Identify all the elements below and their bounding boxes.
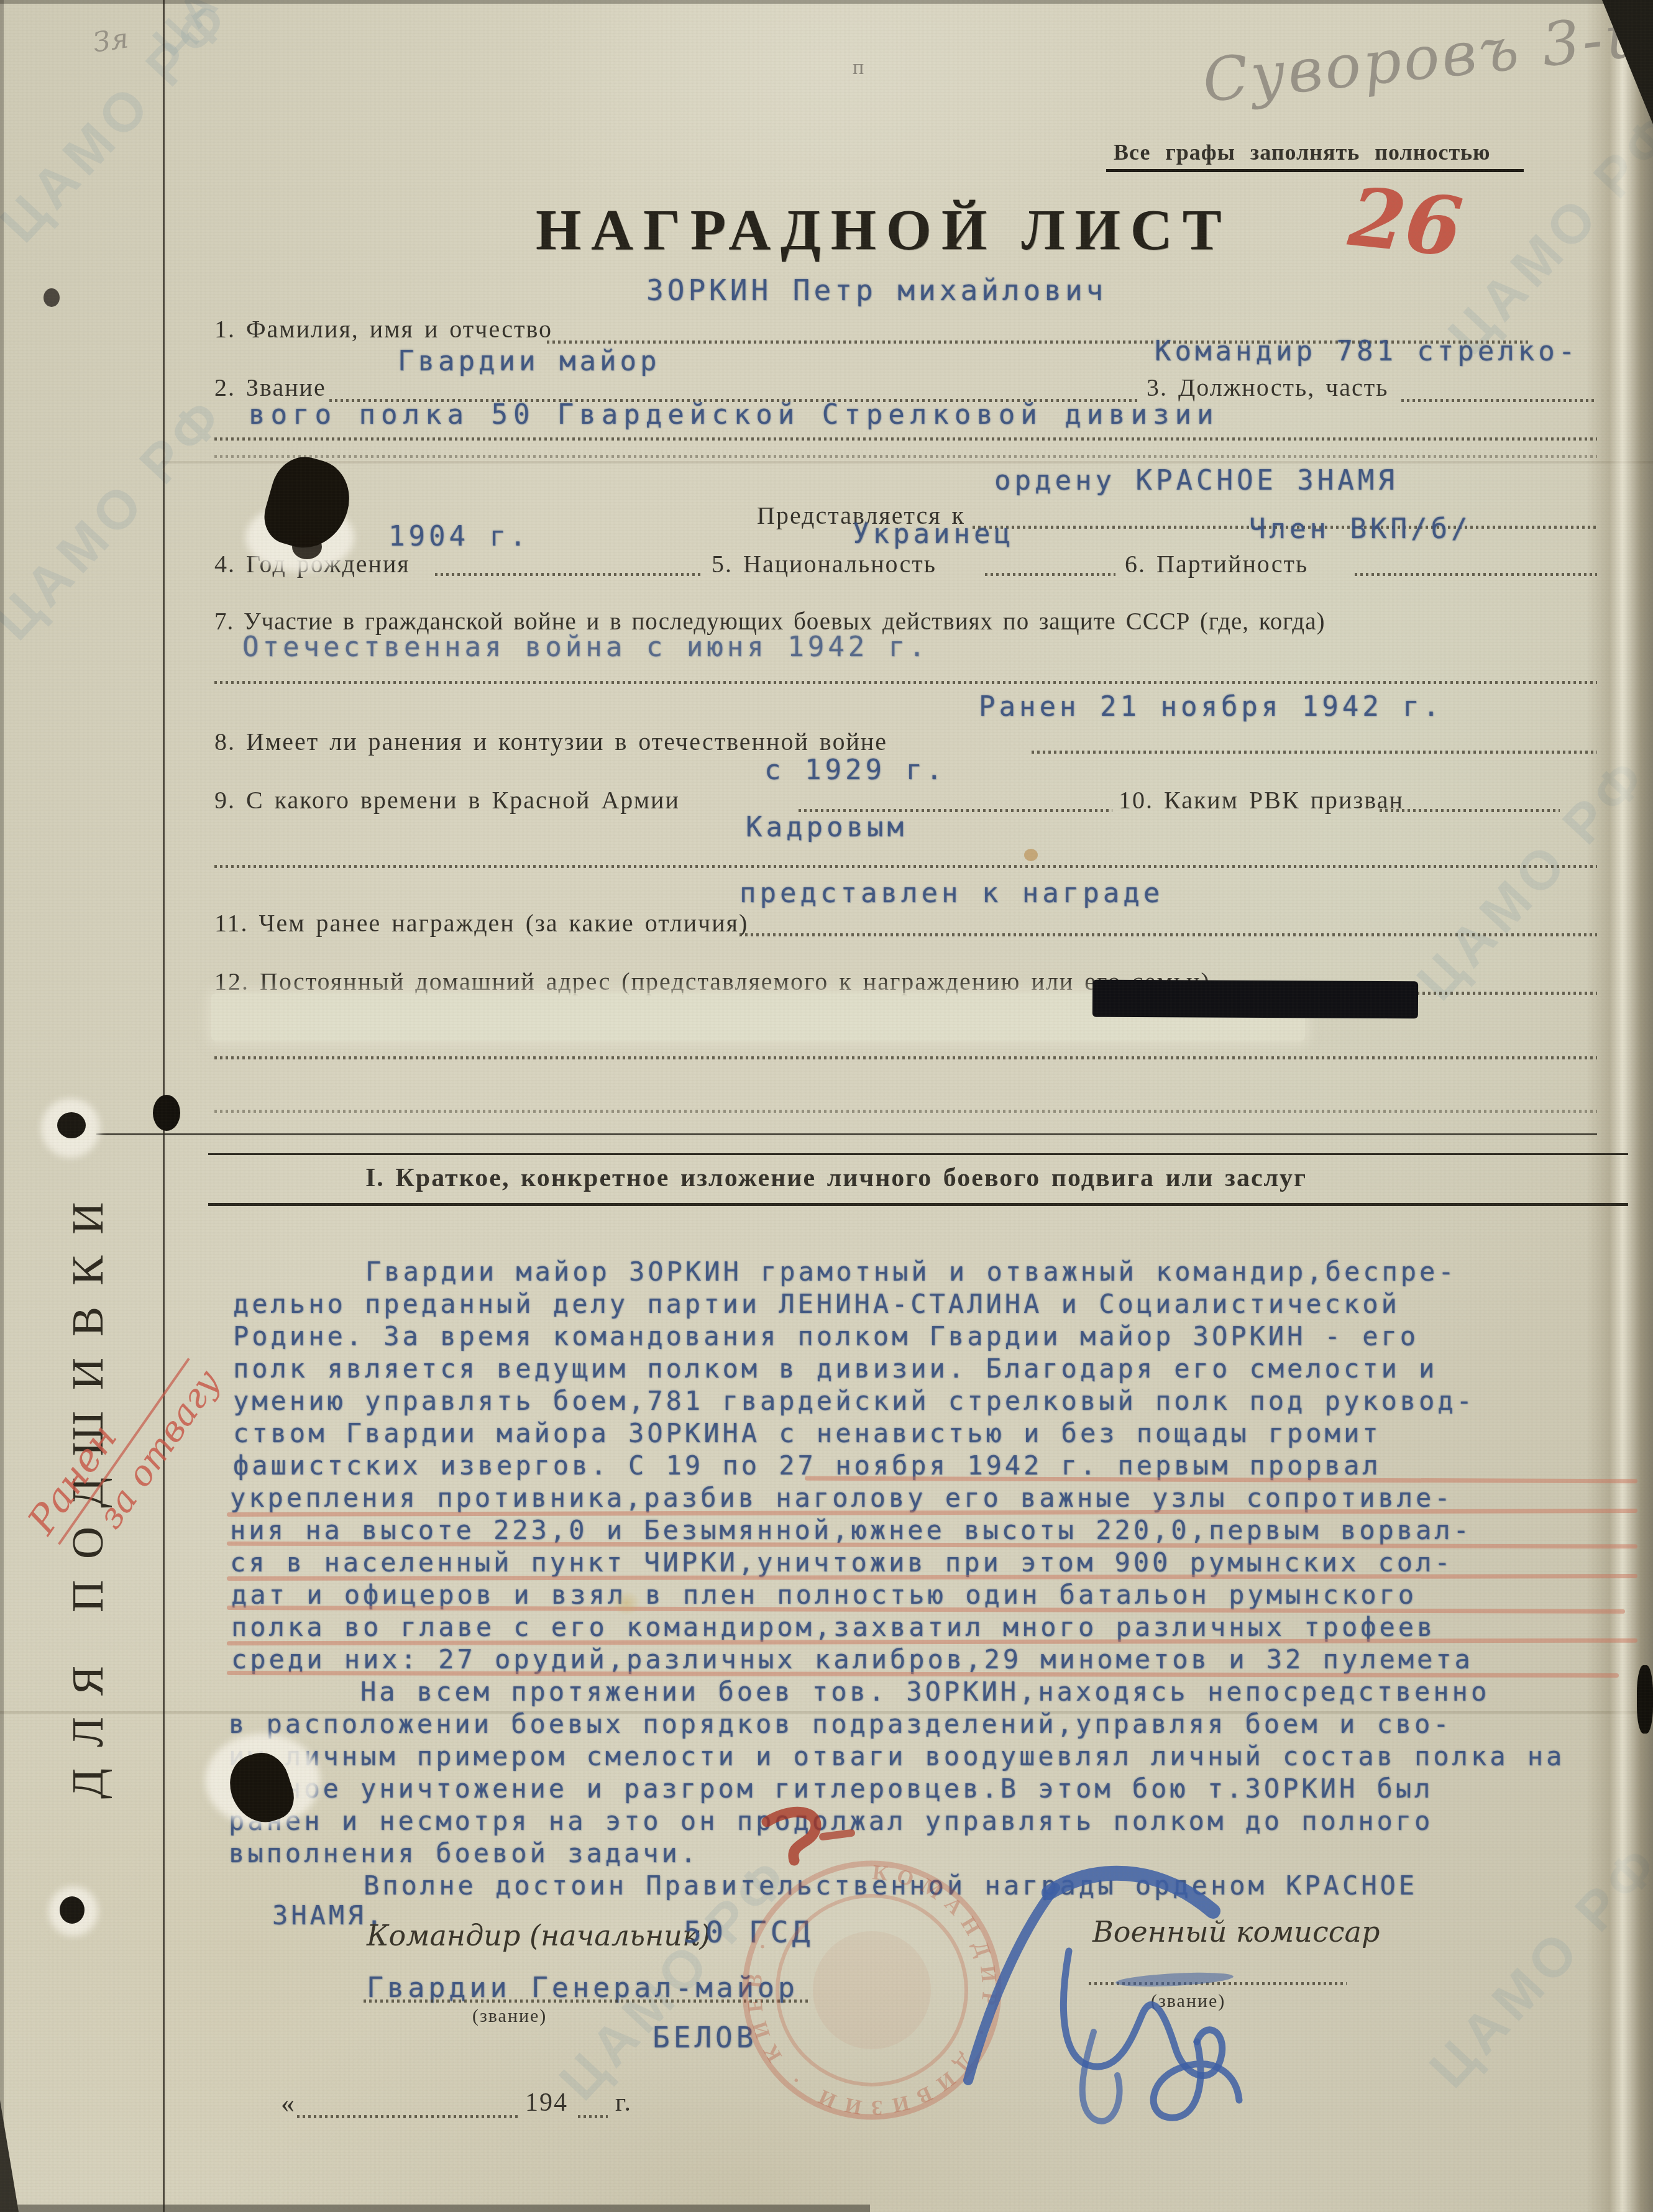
stain [612, 1591, 641, 1616]
scanned-award-sheet: ЦАМО РФ ЦАМО РФ ЦАМО РФ ЦАМО РФ ЦАМО РФ … [0, 0, 1653, 2212]
body-line: полка во главе с его командиром,захватил… [231, 1612, 1435, 1642]
body-line: ством Гвардии майора ЗОРКИНА с ненависть… [233, 1418, 1381, 1448]
body-line: в расположении боевых порядков подраздел… [229, 1709, 1452, 1739]
field5-label: 5. Национальность [712, 549, 936, 578]
present-value: ордену КРАСНОЕ ЗНАМЯ [994, 465, 1398, 496]
field6-leader [1355, 573, 1597, 576]
field10-label: 10. Каким РВК призван [1119, 785, 1404, 815]
fill-instruction: Все графы заполнять полностью [1114, 139, 1491, 165]
section1-heading: I. Краткое, конкретное изложение личного… [365, 1163, 1307, 1193]
body-line: умению управлять боем,781 гвардейский ст… [233, 1386, 1475, 1416]
scan-edge [0, 0, 1653, 4]
field8-leader [1032, 751, 1597, 754]
position-value-line1: Командир 781 стрелко- [1155, 336, 1578, 367]
footer-year: 194 [525, 2088, 568, 2118]
field2-label: 2. Звание [214, 373, 326, 402]
field5-leader [985, 573, 1115, 576]
field8-value: Ранен 21 ноября 1942 г. [979, 691, 1443, 723]
scan-edge [0, 0, 4, 2212]
edge-tear [1637, 1665, 1653, 1734]
field4-leader [435, 573, 702, 576]
body-line: ся в населенный пункт ЧИРКИ,уничтожив пр… [230, 1547, 1454, 1578]
field3-leader [1401, 399, 1597, 402]
field6-value: Член ВКП/б/ [1249, 513, 1471, 545]
commander-signature [802, 1852, 1261, 2144]
page-title: НАГРАДНОЙ ЛИСТ [536, 196, 1231, 263]
blank-leader [214, 865, 1597, 868]
footer-leader [578, 2115, 608, 2118]
pencil-scribble: Зя [91, 22, 130, 58]
body-line: полное уничтожение и разгром гитлеровцев… [229, 1773, 1433, 1804]
right-page-fold [1586, 0, 1653, 2212]
field9-label: 9. С какого времени в Красной Армии [214, 785, 680, 815]
position-value-line2: вого полка 50 Гвардейской Стрелковой див… [249, 399, 1219, 431]
field3-label: 3. Должность, часть [1147, 373, 1389, 402]
field8-label: 8. Имеет ли ранения и контузии в отечест… [214, 727, 887, 756]
body-line: Родине. За время командования полком Гва… [233, 1321, 1419, 1351]
field11-label: 11. Чем ранее награжден (за какие отличи… [214, 908, 748, 938]
field5-value: Украинец [853, 518, 1014, 550]
field11-value: представлен к награде [739, 877, 1163, 909]
typed-name: ЗОРКИН Петр михайлович [646, 273, 1107, 307]
archive-watermark: ЦАМО РФ [143, 0, 353, 65]
body-line: полк является ведущим полком в дивизии. … [233, 1353, 1437, 1384]
rust-stain [1024, 849, 1038, 861]
field10-value: Кадровым [746, 811, 907, 843]
field12-label: 12. Постоянный домашний адрес (представл… [214, 967, 1211, 996]
blank-leader [214, 1110, 1597, 1113]
ink-blot [292, 534, 322, 559]
small-hole [43, 288, 60, 307]
field9-value: с 1929 г. [764, 754, 946, 786]
field11-leader [739, 933, 1597, 936]
body-line: Гвардии майор ЗОРКИН грамотный и отважны… [365, 1256, 1457, 1287]
field1-label: 1. Фамилия, имя и отчество [214, 314, 552, 344]
red-margin-note: Ранен за отвагу [19, 1330, 228, 1572]
binding-caption: ДЛЯ ПОДШИВКИ [62, 867, 114, 1799]
rank-value: Гвардии майор [398, 345, 660, 377]
section-rule [208, 1203, 1628, 1206]
footer-year-suffix: г. [615, 2088, 632, 2118]
punch-hole [60, 1896, 85, 1924]
body-line: им личным примером смелости и отваги воо… [229, 1741, 1565, 1771]
field7-value: Отечественная война с июня 1942 г. [242, 631, 929, 663]
archive-watermark: ЦАМО РФ [0, 383, 238, 652]
blank-leader [214, 437, 1597, 441]
body-line: укрепления противника,разбив наголову ег… [230, 1483, 1454, 1513]
binding-hole [153, 1095, 180, 1131]
scan-edge [0, 2205, 870, 2212]
left-rank-caption: (звание) [472, 2006, 547, 2027]
pencil-note: Суворовъ 3-й [1199, 0, 1649, 116]
horizontal-crease [162, 461, 1653, 464]
footer-leader [297, 2115, 518, 2118]
footer-open-quote: « [281, 2088, 296, 2119]
body-line: дат и офицеров и взял в плен полностью о… [231, 1579, 1417, 1610]
body-line: ния на высоте 223,0 и Безымянной,южнее в… [230, 1515, 1472, 1545]
field7-leader [214, 681, 1597, 684]
punch-hole [57, 1112, 86, 1138]
field4-value: 1904 г. [388, 521, 529, 552]
red-page-number: 26 [1345, 169, 1467, 275]
section-rule [96, 1133, 1597, 1135]
body-line: дельно преданный делу партии ЛЕНИНА-СТАЛ… [233, 1289, 1400, 1319]
section-rule [208, 1153, 1628, 1155]
body-line: На всем протяжении боев тов. ЗОРКИН,нахо… [360, 1676, 1490, 1707]
field10-leader [1380, 809, 1560, 812]
body-line: выполнения боевой задачи. [229, 1838, 699, 1868]
blank-leader [214, 1056, 1597, 1059]
body-line: среди них: 27 орудий,различных калибров,… [231, 1644, 1473, 1675]
fill-instruction-underline [1106, 169, 1524, 172]
blank-leader [214, 455, 1597, 458]
tiny-mark: п [853, 56, 864, 80]
redaction-box [1092, 980, 1418, 1019]
field6-label: 6. Партийность [1125, 549, 1308, 578]
left-signer-role: Командир (начальник) [367, 1919, 710, 1952]
scan-corner-dark [0, 2100, 19, 2212]
